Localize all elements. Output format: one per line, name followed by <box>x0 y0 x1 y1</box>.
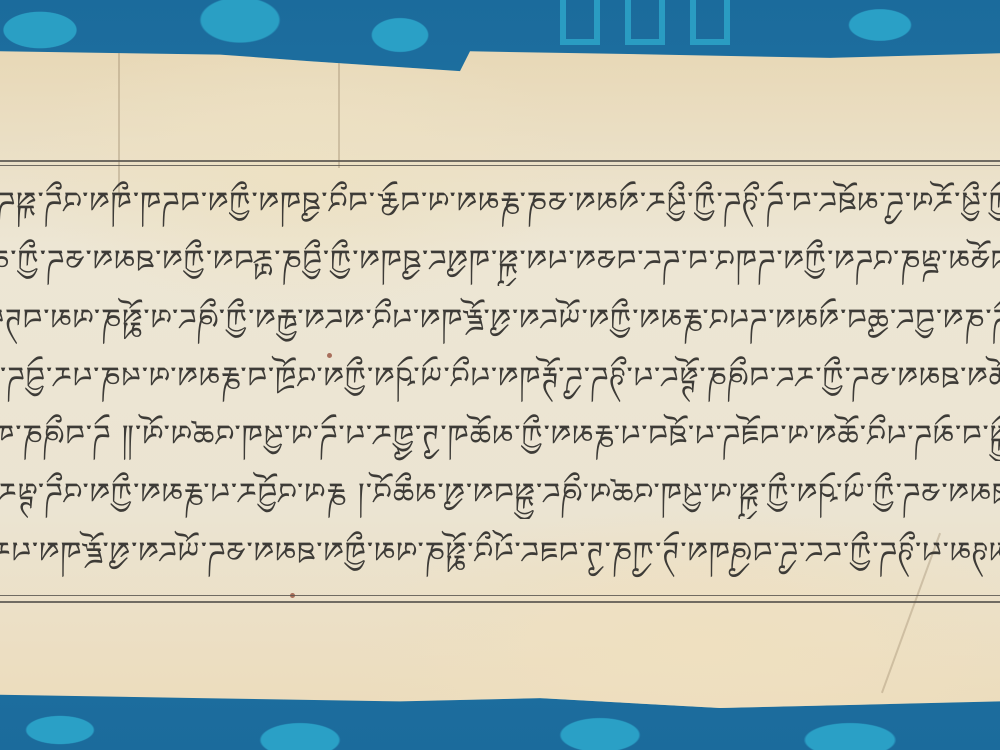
paper-crease <box>118 48 120 198</box>
bottom-frame-line-inner <box>0 595 1000 596</box>
text-line: དེ་ནས་བྱང་ཆུབ་སེམས་དཔའ་རྣམས་ཀྱིས་ཡོངས་སུ… <box>0 297 1000 345</box>
text-line: བཅོམ་ལྡན་འདས་ཀྱིས་དགའ་བ་དང་བཅས་པས་སྐུ་གས… <box>0 238 1000 286</box>
text-line: ཆོས་ཐམས་ཅད་ཀྱི་རང་བཞིན་སྟོང་པ་ཉིད་དུ་རྟོ… <box>0 355 1000 403</box>
top-frame-line-inner <box>0 165 1000 166</box>
brocade-pattern <box>690 0 730 45</box>
text-line: མཉམ་པ་ཉིད་ཀྱི་ངང་དུ་བཞུགས་ཏེ་ཀུན་ཏུ་བཟང་… <box>0 530 1000 578</box>
text-line: ཐམས་ཅད་ཀྱི་ཡེ་ཤེས་ཀྱི་སྐུ་ལ་ཕྱག་འཚལ་ཞིང་… <box>0 471 1000 519</box>
manuscript-text-block: ཀྱི་ཕྱི་རོལ་དུ་མཐོང་བ་དེ་ཉིད་ཀྱི་ཕྱིར་སེ… <box>0 180 1000 590</box>
brocade-pattern <box>625 0 665 45</box>
paper-crease <box>338 48 340 168</box>
top-frame-line <box>0 160 1000 162</box>
text-line: སྐྱེ་བ་མེད་པའི་ཆོས་ལ་བཟོད་པ་ཐོབ་པ་རྣམས་ཀ… <box>0 413 1000 461</box>
bottom-frame-line <box>0 601 1000 603</box>
brocade-pattern <box>560 0 600 45</box>
text-line: ཀྱི་ཕྱི་རོལ་དུ་མཐོང་བ་དེ་ཉིད་ཀྱི་ཕྱིར་སེ… <box>0 180 1000 228</box>
